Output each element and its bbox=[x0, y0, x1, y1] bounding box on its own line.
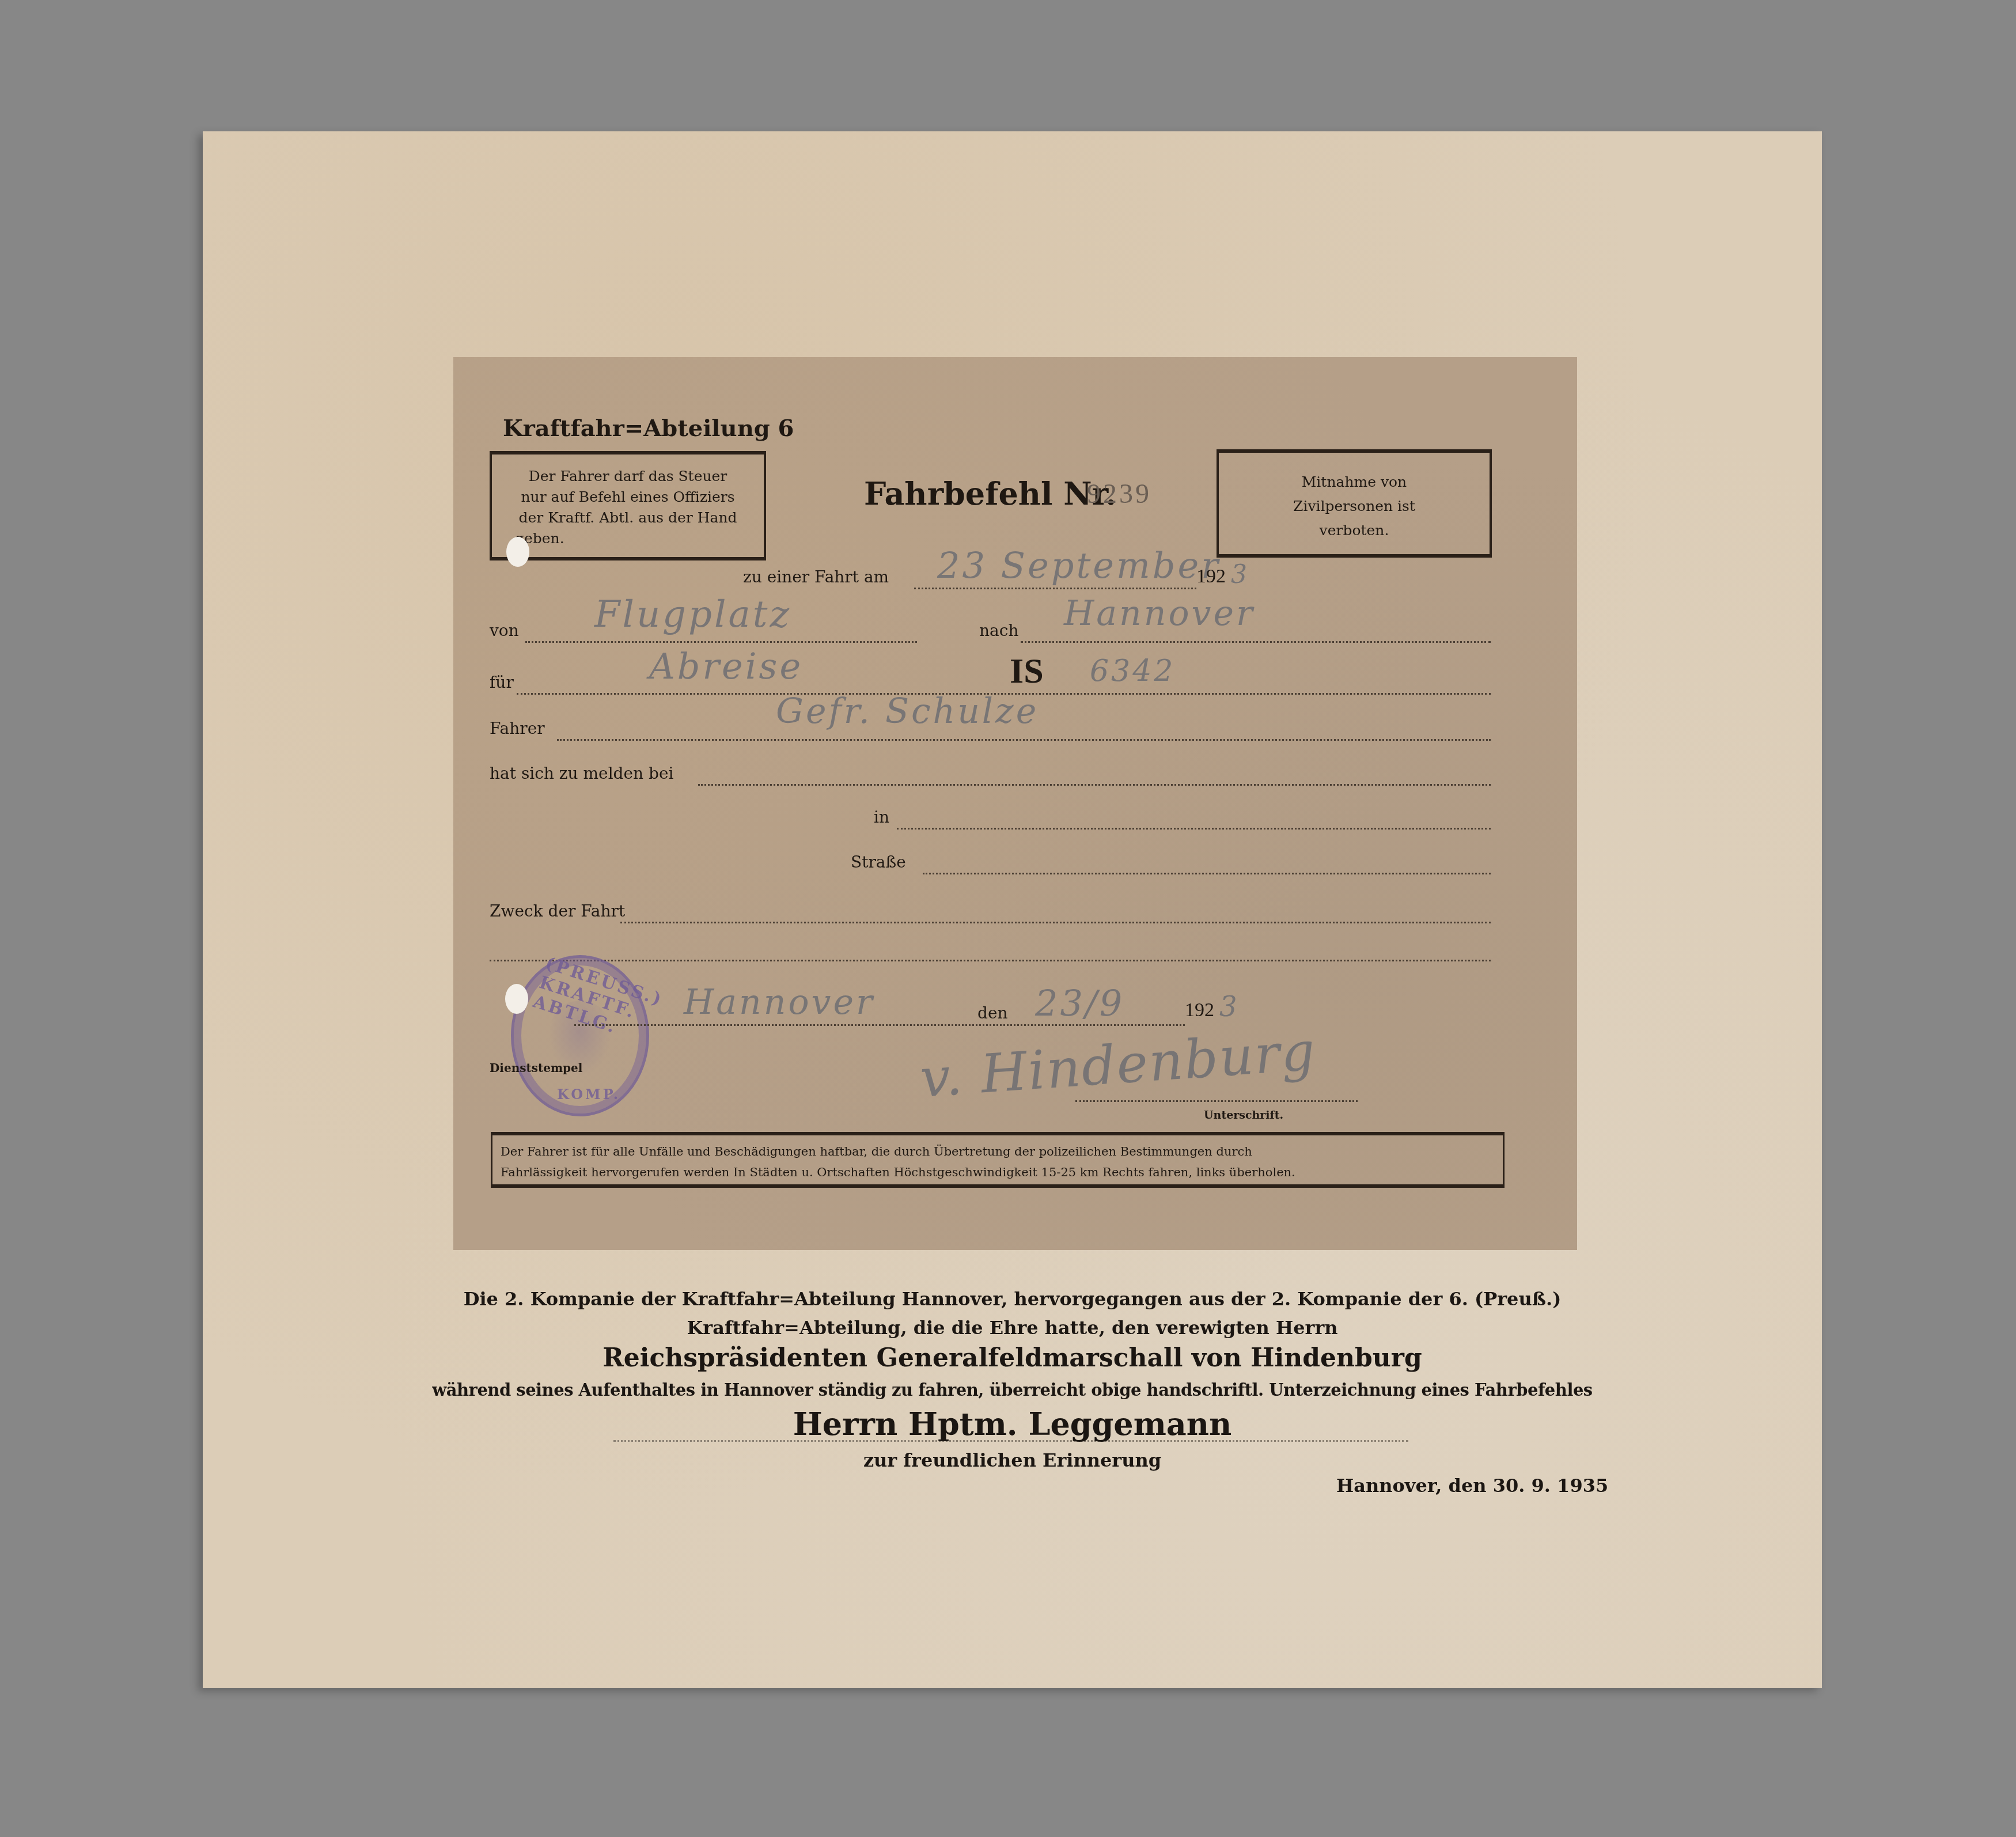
punch-hole bbox=[506, 537, 529, 567]
unit-header: Kraftfahr=Abteilung 6 bbox=[503, 415, 794, 442]
driver-line bbox=[557, 739, 1491, 741]
steering-notice-line: Der Fahrer darf das Steuer bbox=[492, 466, 764, 487]
sign-year-prefix: 192 bbox=[1185, 999, 1214, 1021]
trip-date-value[interactable]: 23 September bbox=[937, 544, 1221, 586]
for-value[interactable]: Abreise bbox=[649, 645, 803, 687]
steering-notice-box: Der Fahrer darf das Steuer nur auf Befeh… bbox=[490, 451, 766, 560]
to-line bbox=[1021, 641, 1491, 643]
punch-hole bbox=[505, 984, 528, 1014]
purpose-line bbox=[620, 922, 1491, 923]
to-label: nach bbox=[979, 621, 1018, 640]
from-line bbox=[525, 641, 917, 643]
steering-notice-line: geben. bbox=[492, 528, 764, 549]
from-label: von bbox=[490, 621, 519, 640]
driving-order-form: Kraftfahr=Abteilung 6 Der Fahrer darf da… bbox=[453, 357, 1577, 1250]
sign-date-value[interactable]: 23/9 bbox=[1035, 982, 1124, 1024]
civilian-notice-box: Mitnahme von Zivilpersonen ist verboten. bbox=[1217, 449, 1492, 558]
caption-line-1: Die 2. Kompanie der Kraftfahr=Abteilung … bbox=[203, 1288, 1822, 1310]
signature: v. Hindenburg bbox=[918, 1020, 1318, 1109]
official-stamp: (PREUSS.) KRAFTF. ABTLG. KOMP. bbox=[511, 955, 649, 1116]
liability-notice-box: Der Fahrer ist für alle Unfälle und Besc… bbox=[491, 1132, 1505, 1188]
place-date-line bbox=[574, 1024, 1185, 1026]
caption-line-4: während seines Aufenthaltes in Hannover … bbox=[203, 1380, 1822, 1400]
in-line bbox=[897, 828, 1491, 830]
in-label: in bbox=[874, 808, 889, 827]
civilian-notice-line: verboten. bbox=[1219, 518, 1490, 543]
signature-label: Unterschrift. bbox=[1204, 1109, 1283, 1122]
driver-value[interactable]: Gefr. Schulze bbox=[776, 691, 1039, 732]
trip-date-line bbox=[914, 588, 1196, 589]
street-line bbox=[923, 873, 1491, 874]
caption-place-date: Hannover, den 30. 9. 1935 bbox=[1336, 1475, 1608, 1497]
caption-line-6: zur freundlichen Erinnerung bbox=[203, 1449, 1822, 1471]
to-value[interactable]: Hannover bbox=[1064, 593, 1255, 634]
liability-notice-line: Fahrlässigkeit hervorgerufen werden In S… bbox=[501, 1162, 1495, 1183]
sign-year-suffix[interactable]: 3 bbox=[1219, 991, 1240, 1023]
civilian-notice-line: Zivilpersonen ist bbox=[1219, 494, 1490, 518]
civilian-notice-line: Mitnahme von bbox=[1219, 470, 1490, 494]
from-value[interactable]: Flugplatz bbox=[594, 593, 791, 636]
liability-notice-line: Der Fahrer ist für alle Unfälle und Besc… bbox=[501, 1141, 1495, 1162]
trip-date-label: zu einer Fahrt am bbox=[743, 567, 889, 586]
purpose-line-2 bbox=[490, 960, 1491, 961]
report-to-label: hat sich zu melden bei bbox=[490, 764, 673, 783]
steering-notice-line: der Kraftf. Abtl. aus der Hand bbox=[492, 507, 764, 528]
for-label: für bbox=[490, 673, 514, 692]
caption-line-2: Kraftfahr=Abteilung, die die Ehre hatte,… bbox=[203, 1317, 1822, 1339]
place-value[interactable]: Hannover bbox=[684, 982, 875, 1022]
caption-recipient: Herrn Hptm. Leggemann bbox=[203, 1406, 1822, 1442]
report-to-line bbox=[698, 784, 1491, 786]
street-label: Straße bbox=[851, 853, 906, 872]
driver-label: Fahrer bbox=[490, 719, 545, 738]
form-number: 9239 bbox=[1087, 478, 1151, 510]
plate-number[interactable]: 6342 bbox=[1090, 654, 1175, 688]
stamp-ring-text-bottom: KOMP. bbox=[557, 1086, 620, 1103]
trip-year-suffix[interactable]: 3 bbox=[1231, 560, 1249, 589]
form-title: Fahrbefehl Nr. bbox=[864, 475, 1116, 512]
steering-notice-line: nur auf Befehl eines Offiziers bbox=[492, 487, 764, 507]
stamp-label: Dienststempel bbox=[490, 1061, 582, 1075]
signature-line bbox=[1075, 1100, 1358, 1102]
purpose-label: Zweck der Fahrt bbox=[490, 902, 625, 921]
trip-year-prefix: 192 bbox=[1196, 566, 1226, 588]
den-label: den bbox=[977, 1003, 1008, 1022]
plate-prefix: IS bbox=[1010, 651, 1044, 692]
caption-honoree: Reichspräsidenten Generalfeldmarschall v… bbox=[203, 1343, 1822, 1373]
